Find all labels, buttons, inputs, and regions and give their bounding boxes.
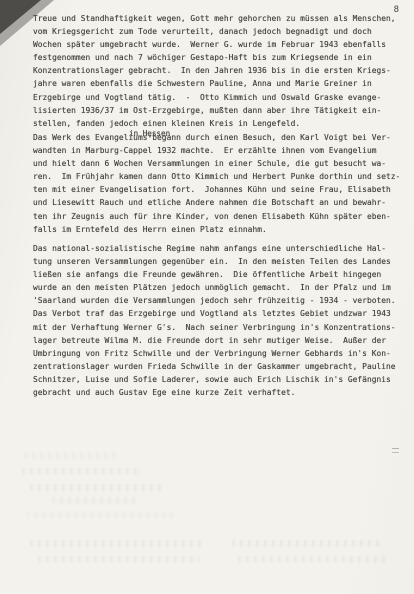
bleed-through-smudge <box>238 556 386 563</box>
bleed-through-smudge <box>30 540 202 547</box>
paragraph-ns-regime: Das national-sozialistische Regime nahm … <box>33 242 411 399</box>
paragraph-hessen-work: Das Werk des Evangeliumsᵛbegann durch ei… <box>33 131 411 236</box>
bleed-through-smudge <box>232 540 384 547</box>
bleed-through-smudge <box>22 468 142 475</box>
paragraph-biographies: Treue und Standhaftigkeit wegen, Gott me… <box>33 12 411 130</box>
bleed-through-smudge <box>30 484 162 491</box>
scanned-document-page: 8 Treue und Standhaftigkeit wegen, Gott … <box>0 0 414 594</box>
stray-ink-mark <box>392 448 399 453</box>
bleed-through-smudge <box>52 497 138 504</box>
bleed-through-smudge <box>24 452 120 459</box>
bleed-through-smudge <box>38 556 200 563</box>
bleed-through-smudge <box>26 511 176 518</box>
